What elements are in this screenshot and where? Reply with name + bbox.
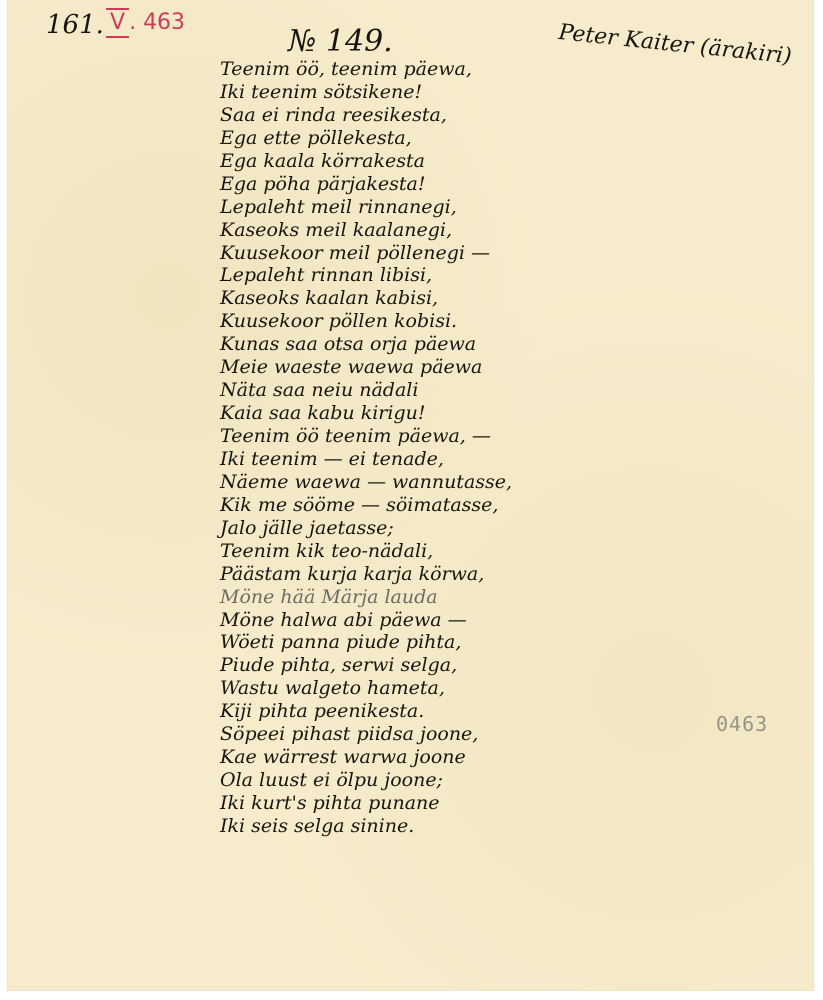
poem-line: Lepaleht rinnan libisi,: [220, 264, 670, 287]
poem-line: Ega ette pöllekesta,: [220, 127, 670, 150]
poem-line: Kae wärrest warwa joone: [220, 746, 670, 769]
poem-line: Iki teenim — ei tenade,: [220, 448, 670, 471]
poem-line: Lepaleht meil rinnanegi,: [220, 196, 670, 219]
poem-line: Teenim öö, teenim päewa,: [220, 58, 670, 81]
archive-separator: .: [129, 10, 143, 35]
poem-line: Teenim kik teo-nädali,: [220, 540, 670, 563]
poem-text: Teenim öö, teenim päewa, Iki teenim söts…: [220, 58, 670, 838]
poem-line: Piude pihta, serwi selga,: [220, 654, 670, 677]
poem-line: Iki kurt's pihta punane: [220, 792, 670, 815]
poem-line: Kiji pihta peenikesta.: [220, 700, 670, 723]
poem-line: Kuusekoor pöllen kobisi.: [220, 310, 670, 333]
manuscript-page: 161. V. 463 № 149. Peter Kaiter (ärakiri…: [8, 0, 813, 990]
poem-line: Möne halwa abi päewa —: [220, 609, 670, 632]
poem-line: Iki teenim sötsikene!: [220, 81, 670, 104]
archive-volume: V: [106, 8, 129, 38]
poem-line: Meie waeste waewa päewa: [220, 356, 670, 379]
poem-line: Kaseoks kaalan kabisi,: [220, 287, 670, 310]
poem-line: Ega pöha pärjakesta!: [220, 173, 670, 196]
poem-line: Wastu walgeto hameta,: [220, 677, 670, 700]
poem-number: № 149.: [288, 24, 393, 59]
poem-line: Kaia saa kabu kirigu!: [220, 402, 670, 425]
poem-line: Näeme waewa — wannutasse,: [220, 471, 670, 494]
poem-line: Söpeei pihast piidsa joone,: [220, 723, 670, 746]
poem-line: Kuusekoor meil pöllenegi —: [220, 242, 670, 265]
poem-line: Jalo jälle jaetasse;: [220, 517, 670, 540]
poem-line: Teenim öö teenim päewa, —: [220, 425, 670, 448]
folio-number: 161.: [46, 10, 104, 40]
poem-line: Kunas saa otsa orja päewa: [220, 333, 670, 356]
poem-line: Kaseoks meil kaalanegi,: [220, 219, 670, 242]
poem-line: Iki seis selga sinine.: [220, 815, 670, 838]
archive-stamp-number: 0463: [716, 712, 768, 736]
poem-line: Näta saa neiu nädali: [220, 379, 670, 402]
poem-line: Ega kaala körrakesta: [220, 150, 670, 173]
archive-reference: V. 463: [106, 8, 185, 38]
poem-line: Päästam kurja karja körwa,: [220, 563, 670, 586]
poem-line-pencil: Möne hää Märja lauda: [220, 586, 670, 609]
poem-line: Saa ei rinda reesikesta,: [220, 104, 670, 127]
poem-line: Wöeti panna piude pihta,: [220, 631, 670, 654]
poem-line: Ola luust ei ölpu joone;: [220, 769, 670, 792]
archive-page: 463: [143, 10, 185, 35]
poem-line: Kik me sööme — söimatasse,: [220, 494, 670, 517]
